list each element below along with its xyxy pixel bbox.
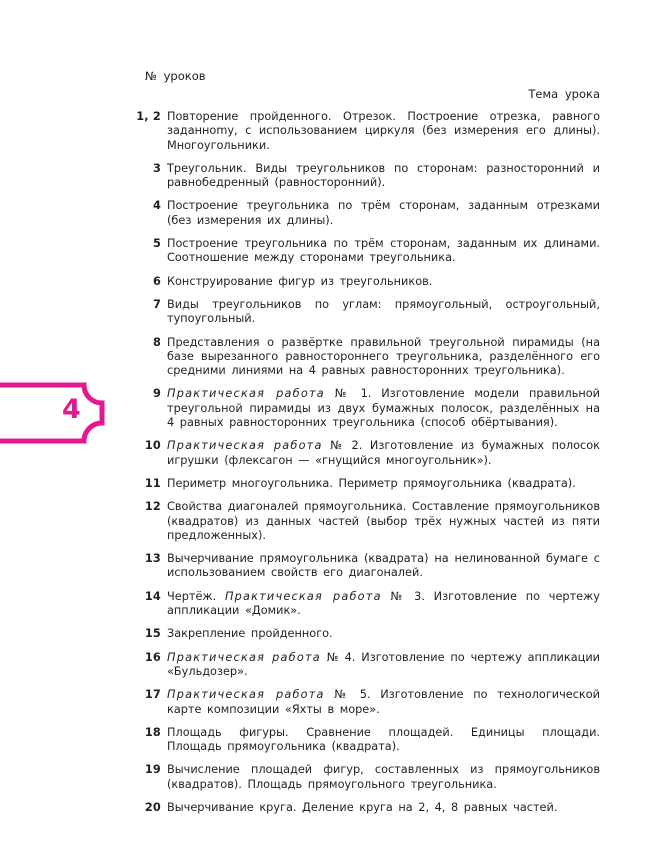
lesson-topic-text: Треугольник. Виды треугольников по сторо… — [167, 162, 600, 189]
chapter-tab-marker: 4 — [0, 380, 110, 446]
lesson-topic-text: Построение треугольника по трём сторонам… — [167, 237, 600, 264]
lesson-topic-text: Вычерчивание прямоугольника (квадрата) н… — [167, 552, 600, 579]
lesson-topic: Виды треугольников по углам: прямоугольн… — [167, 298, 600, 327]
practical-work-label: Практическая работа — [167, 439, 323, 452]
lesson-number: 17 — [130, 688, 167, 717]
lesson-number: 12 — [130, 500, 167, 543]
lesson-row: 11Периметр многоугольника. Периметр прям… — [130, 477, 600, 491]
chapter-number: 4 — [62, 395, 81, 425]
chapter-tab-frame-icon — [0, 380, 110, 446]
lesson-number: 3 — [130, 162, 167, 191]
lesson-number: 16 — [130, 651, 167, 680]
lesson-number: 10 — [130, 439, 167, 468]
lesson-topic: Практическая работа № 4. Изготовление по… — [167, 651, 600, 680]
lesson-row: 1, 2Повторение пройденного. Отрезок. Пос… — [130, 110, 600, 153]
lesson-row: 17Практическая работа № 5. Изготовление … — [130, 688, 600, 717]
lesson-topic-text: Закрепление пройденного. — [167, 627, 333, 640]
lesson-row: 5Построение треугольника по трём сторона… — [130, 237, 600, 266]
lesson-topic-text: Вычисление площадей фигур, составленных … — [167, 763, 600, 790]
lesson-row: 6Конструирование фигур из треугольников. — [130, 275, 600, 289]
lesson-number: 18 — [130, 726, 167, 755]
practical-work-label: Практическая работа — [167, 387, 325, 400]
practical-work-label: Практическая работа — [167, 651, 321, 664]
lesson-row: 4Построение треугольника по трём сторона… — [130, 199, 600, 228]
lesson-row: 3Треугольник. Виды треугольников по стор… — [130, 162, 600, 191]
lesson-topic-text: Конструирование фигур из треугольников. — [167, 275, 432, 288]
lesson-number: 20 — [130, 801, 167, 815]
lesson-number: 5 — [130, 237, 167, 266]
lesson-topic: Конструирование фигур из треугольников. — [167, 275, 600, 289]
lesson-topic-text: Чертёж. — [167, 590, 225, 603]
lesson-topic: Вычерчивание круга. Деление круга на 2, … — [167, 801, 600, 815]
lesson-topic-text: Построение треугольника по трём сторонам… — [167, 199, 600, 226]
lesson-topic: Вычерчивание прямоугольника (квадрата) н… — [167, 552, 600, 581]
column-header-lesson-number: № уроков — [145, 69, 206, 83]
lesson-row: 7Виды треугольников по углам: прямоуголь… — [130, 298, 600, 327]
lesson-row: 19Вычисление площадей фигур, составленны… — [130, 763, 600, 792]
lesson-topic-text: Площадь фигуры. Сравнение площадей. Един… — [167, 726, 600, 753]
lesson-number: 19 — [130, 763, 167, 792]
lesson-topic: Практическая работа № 2. Изготовление из… — [167, 439, 600, 468]
lesson-number: 6 — [130, 275, 167, 289]
lesson-row: 16Практическая работа № 4. Изготовление … — [130, 651, 600, 680]
lesson-topic: Чертёж. Практическая работа № 3. Изготов… — [167, 590, 600, 619]
lesson-topic: Представления о развёртке правильной тре… — [167, 336, 600, 379]
lesson-row: 14Чертёж. Практическая работа № 3. Изгот… — [130, 590, 600, 619]
lesson-plan-list: 1, 2Повторение пройденного. Отрезок. Пос… — [130, 110, 600, 824]
lesson-number: 13 — [130, 552, 167, 581]
lesson-number: 4 — [130, 199, 167, 228]
lesson-topic: Построение треугольника по трём сторонам… — [167, 199, 600, 228]
lesson-topic-text: Повторение пройденного. Отрезок. Построе… — [167, 110, 600, 152]
lesson-row: 13Вычерчивание прямоугольника (квадрата)… — [130, 552, 600, 581]
lesson-row: 20Вычерчивание круга. Деление круга на 2… — [130, 801, 600, 815]
lesson-number: 14 — [130, 590, 167, 619]
lesson-topic: Практическая работа № 5. Изготовление по… — [167, 688, 600, 717]
lesson-topic: Площадь фигуры. Сравнение площадей. Един… — [167, 726, 600, 755]
lesson-topic: Повторение пройденного. Отрезок. Построе… — [167, 110, 600, 153]
lesson-number: 11 — [130, 477, 167, 491]
lesson-row: 8Представления о развёртке правильной тр… — [130, 336, 600, 379]
lesson-row: 15Закрепление пройденного. — [130, 627, 600, 641]
lesson-row: 12Свойства диагоналей прямоугольника. Со… — [130, 500, 600, 543]
lesson-row: 18Площадь фигуры. Сравнение площадей. Ед… — [130, 726, 600, 755]
lesson-topic: Закрепление пройденного. — [167, 627, 600, 641]
lesson-topic: Практическая работа № 1. Изготовление мо… — [167, 387, 600, 430]
lesson-topic: Вычисление площадей фигур, составленных … — [167, 763, 600, 792]
lesson-number: 8 — [130, 336, 167, 379]
lesson-topic-text: Периметр многоугольника. Периметр прямоу… — [167, 477, 576, 490]
lesson-topic: Свойства диагоналей прямоугольника. Сост… — [167, 500, 600, 543]
lesson-row: 10Практическая работа № 2. Изготовление … — [130, 439, 600, 468]
lesson-topic-text: Представления о развёртке правильной тре… — [167, 336, 600, 378]
lesson-topic-text: Вычерчивание круга. Деление круга на 2, … — [167, 801, 557, 814]
lesson-topic: Треугольник. Виды треугольников по сторо… — [167, 162, 600, 191]
practical-work-label: Практическая работа — [225, 590, 382, 603]
lesson-number: 7 — [130, 298, 167, 327]
lesson-row: 9Практическая работа № 1. Изготовление м… — [130, 387, 600, 430]
lesson-topic: Периметр многоугольника. Периметр прямоу… — [167, 477, 600, 491]
practical-work-label: Практическая работа — [167, 688, 325, 701]
lesson-topic-text: Виды треугольников по углам: прямоугольн… — [167, 298, 600, 325]
lesson-topic: Построение треугольника по трём сторонам… — [167, 237, 600, 266]
lesson-number: 15 — [130, 627, 167, 641]
lesson-number: 1, 2 — [130, 110, 167, 153]
lesson-number: 9 — [130, 387, 167, 430]
lesson-topic-text: Свойства диагоналей прямоугольника. Сост… — [167, 500, 600, 542]
column-header-lesson-topic: Тема урока — [528, 87, 600, 101]
